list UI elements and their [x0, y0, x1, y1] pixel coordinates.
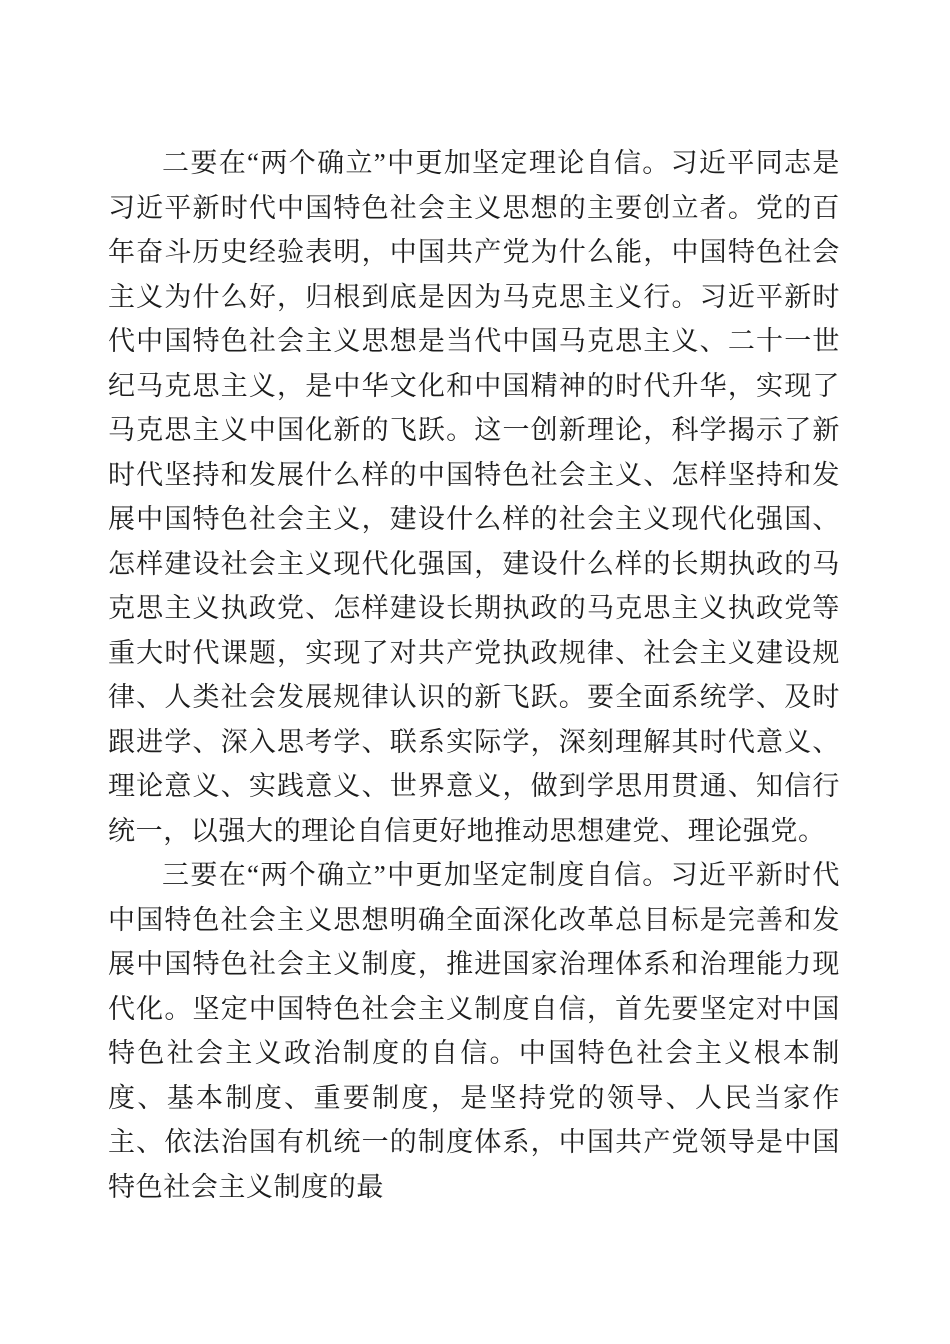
paragraph-system-confidence: 三要在“两个确立”中更加坚定制度自信。习近平新时代中国特色社会主义思想明确全面深…	[108, 853, 840, 1209]
paragraph-theory-confidence: 二要在“两个确立”中更加坚定理论自信。习近平同志是习近平新时代中国特色社会主义思…	[108, 141, 840, 853]
document-page: 二要在“两个确立”中更加坚定理论自信。习近平同志是习近平新时代中国特色社会主义思…	[0, 0, 950, 1344]
